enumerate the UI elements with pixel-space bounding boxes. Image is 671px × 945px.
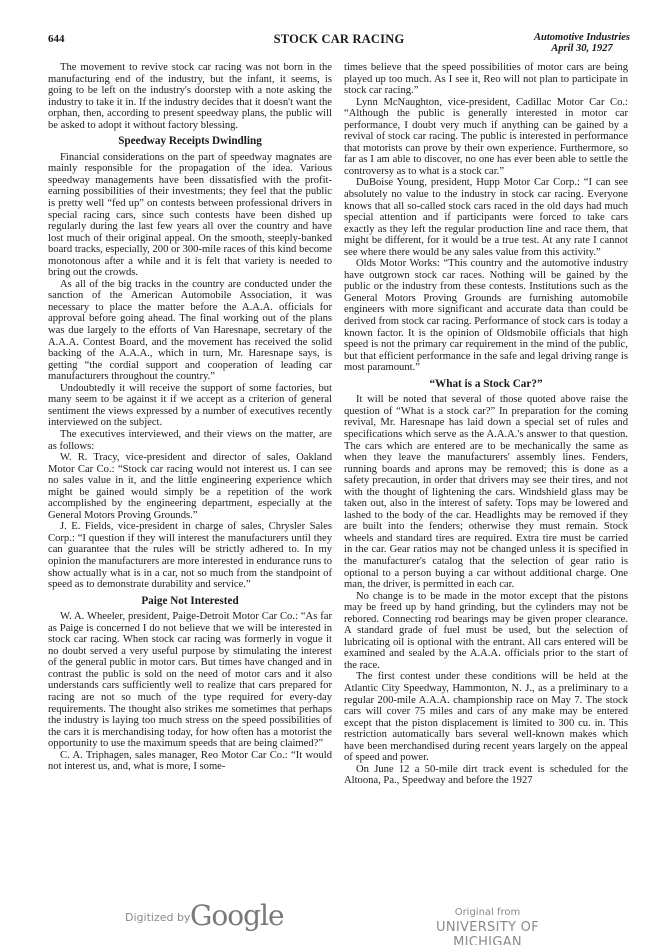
paragraph: Financial considerations on the part of …: [48, 152, 332, 279]
page-header: 644 STOCK CAR RACING Automotive Industri…: [48, 28, 630, 58]
journal-date: April 30, 1927: [534, 43, 630, 54]
section-heading: Speedway Receipts Dwindling: [48, 136, 332, 148]
paragraph: The executives interviewed, and their vi…: [48, 429, 332, 452]
google-logo: Google: [190, 899, 284, 932]
section-heading: “What is a Stock Car?”: [344, 379, 628, 391]
paragraph: W. R. Tracy, vice-president and director…: [48, 452, 332, 521]
digitized-by-label: Digitized by: [125, 911, 190, 924]
paragraph: The movement to revive stock car racing …: [48, 62, 332, 131]
digitization-footer: Digitized by Google Original from UNIVER…: [0, 905, 671, 945]
journal-citation: Automotive Industries April 30, 1927: [534, 32, 630, 54]
paragraph: Olds Motor Works: “This country and the …: [344, 258, 628, 373]
paragraph: On June 12 a 50-mile dirt track event is…: [344, 764, 628, 787]
paragraph: It will be noted that several of those q…: [344, 394, 628, 590]
original-from-label: Original from: [400, 907, 575, 918]
right-column: times believe that the speed possibiliti…: [344, 62, 628, 787]
paragraph: Undoubtedly it will receive the support …: [48, 383, 332, 429]
paragraph: No change is to be made in the motor exc…: [344, 591, 628, 672]
university-label: UNIVERSITY OF MICHIGAN: [400, 920, 575, 945]
paragraph: C. A. Triphagen, sales manager, Reo Moto…: [48, 750, 332, 773]
section-heading: Paige Not Interested: [48, 596, 332, 608]
paragraph: As all of the big tracks in the country …: [48, 279, 332, 383]
paragraph: W. A. Wheeler, president, Paige-Detroit …: [48, 611, 332, 750]
left-column: The movement to revive stock car racing …: [48, 62, 332, 773]
paragraph: DuBoise Young, president, Hupp Motor Car…: [344, 177, 628, 258]
paragraph-continued: times believe that the speed possibiliti…: [344, 62, 628, 97]
journal-name: Automotive Industries: [534, 32, 630, 43]
paragraph: The first contest under these conditions…: [344, 671, 628, 763]
paragraph: Lynn McNaughton, vice-president, Cadilla…: [344, 97, 628, 178]
paragraph: J. E. Fields, vice-president in charge o…: [48, 521, 332, 590]
